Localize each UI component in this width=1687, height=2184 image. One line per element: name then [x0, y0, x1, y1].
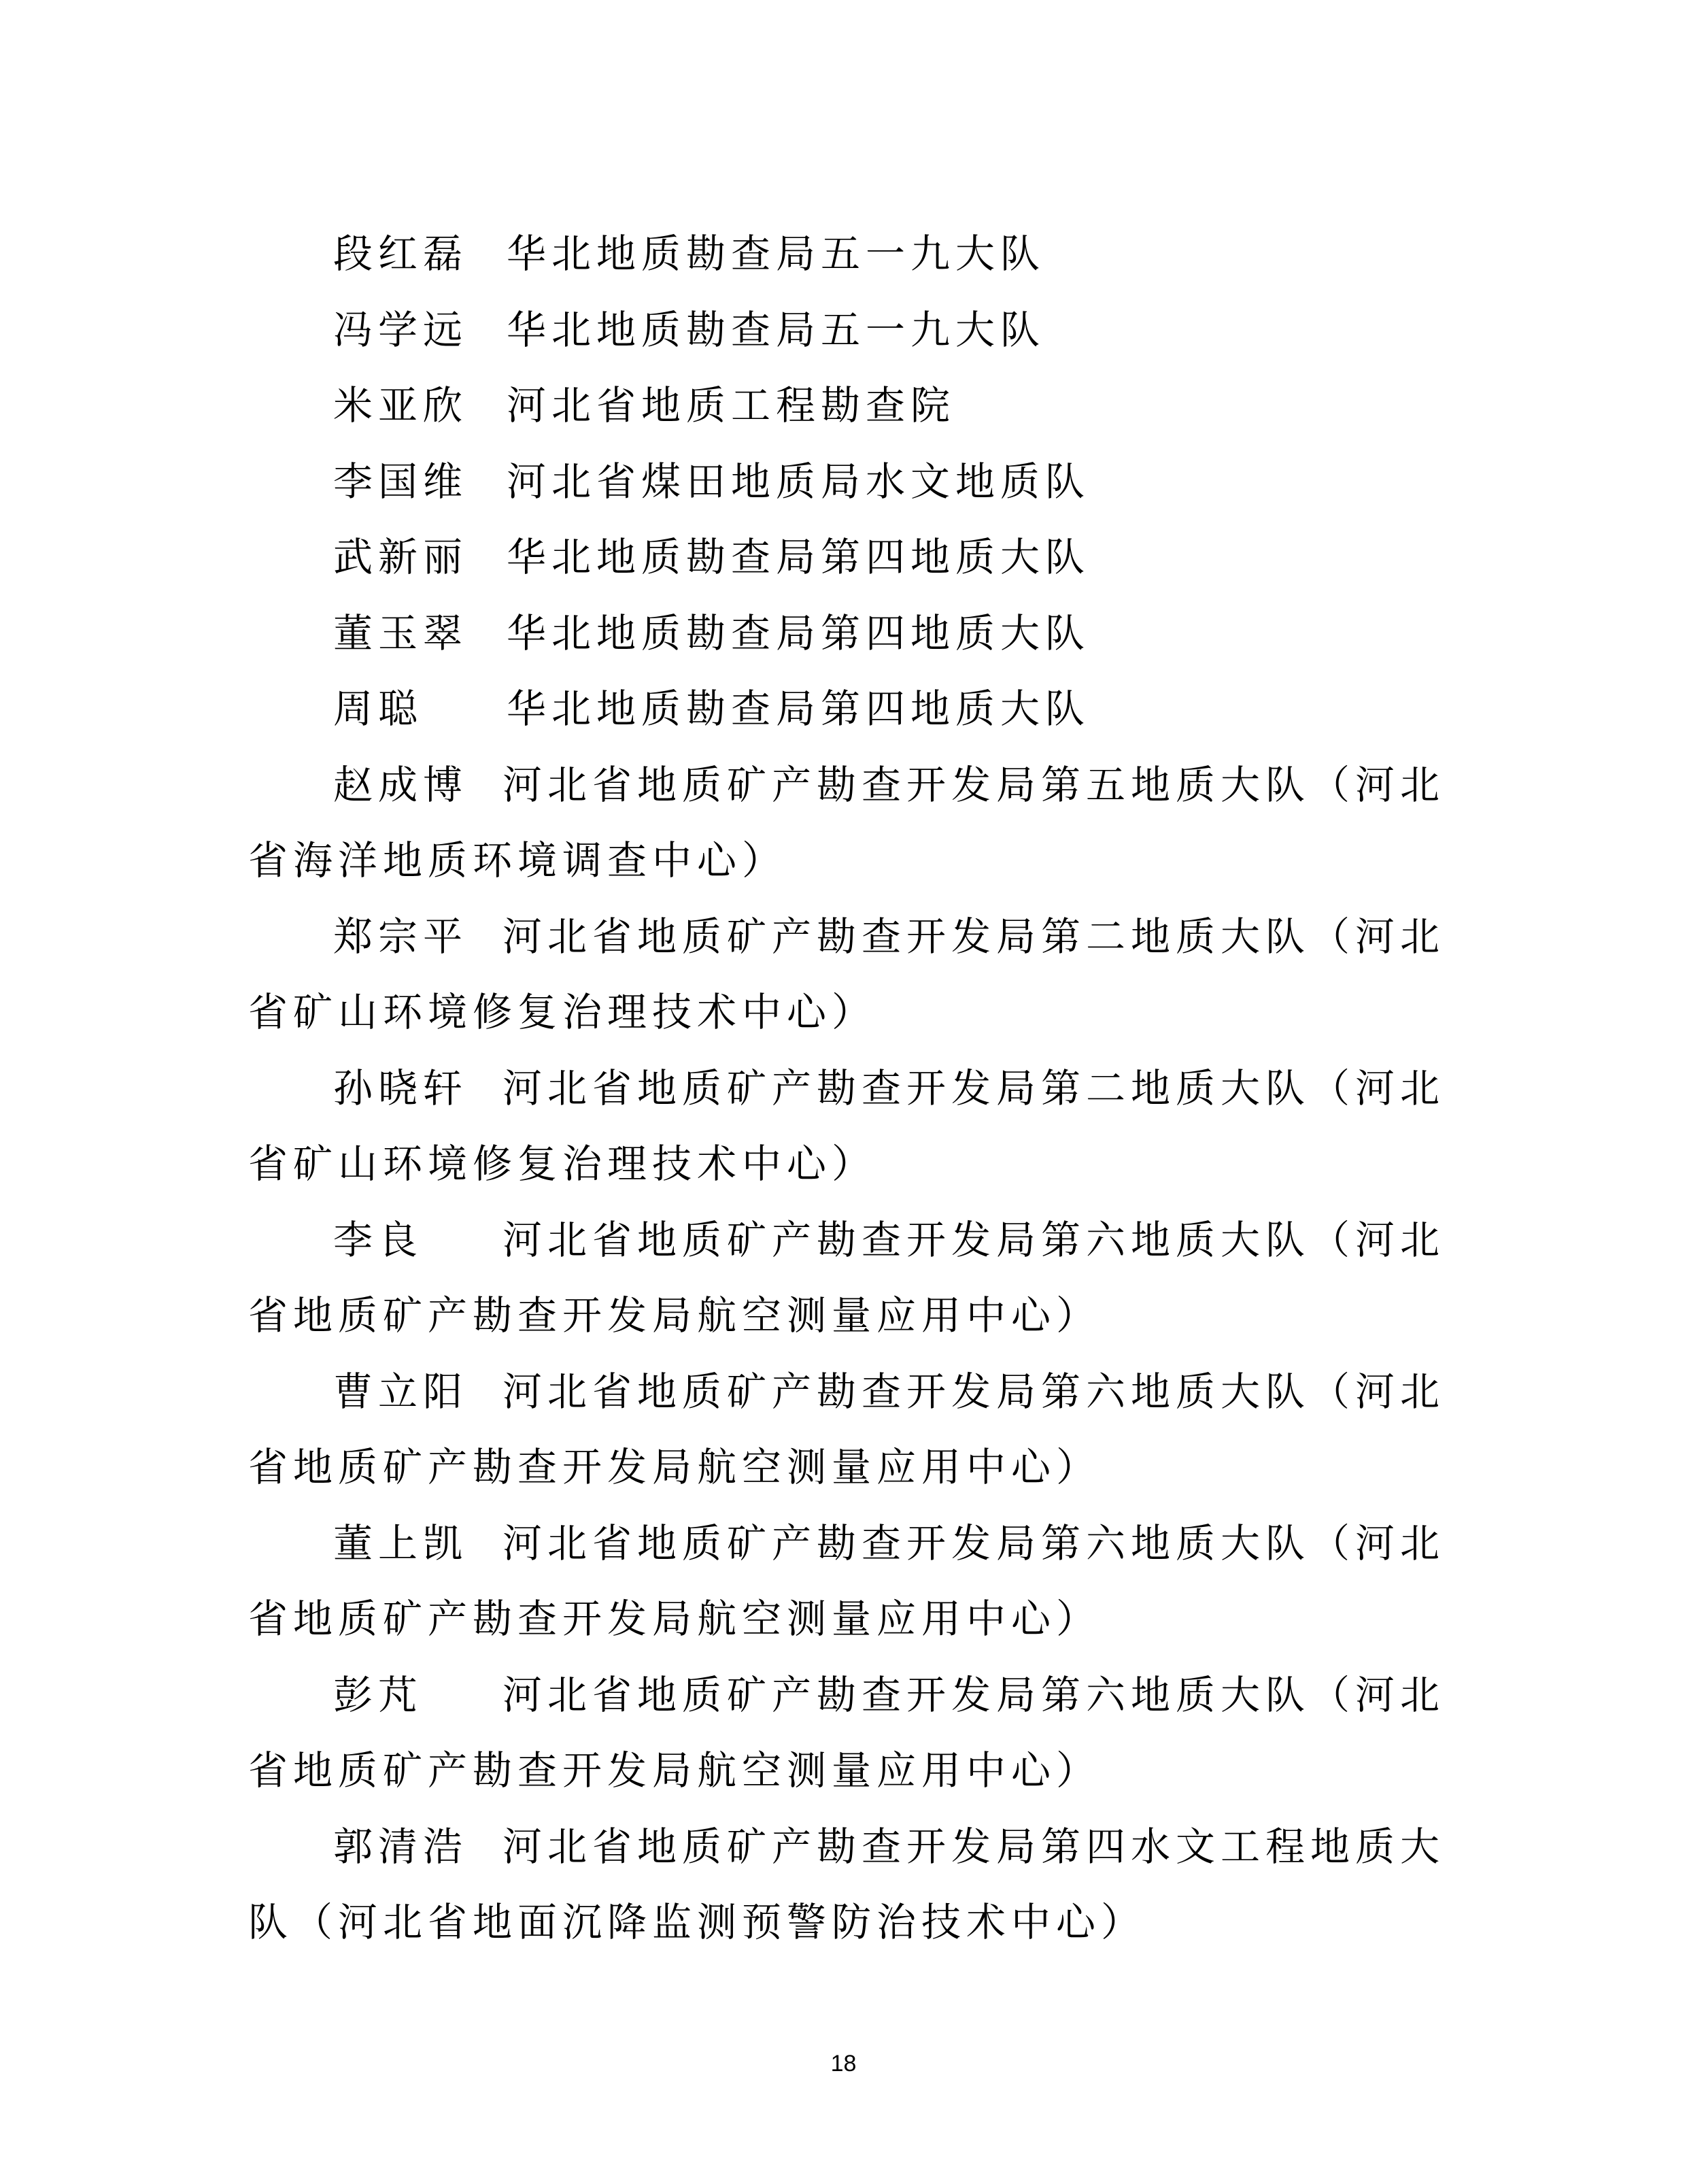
- organization: 河北省地质矿产勘查开发局第六地质大队（河北: [502, 1203, 1445, 1279]
- organization-continuation: 省地质矿产勘查开发局航空测量应用中心）: [248, 1733, 1445, 1809]
- person-name: 冯学远: [333, 292, 507, 369]
- organization: 华北地质勘查局第四地质大队: [507, 671, 1090, 747]
- list-entry: 李国维 河北省煤田地质局水文地质队: [248, 444, 1445, 520]
- list-entry: 曹立阳 河北省地质矿产勘查开发局第六地质大队（河北: [248, 1354, 1445, 1430]
- organization: 华北地质勘查局第四地质大队: [507, 596, 1090, 672]
- list-entry: 段红磊 华北地质勘查局五一九大队: [248, 216, 1445, 292]
- person-name: 董上凯: [333, 1506, 502, 1582]
- person-name: 武新丽: [333, 520, 507, 596]
- list-entry: 彭芃 河北省地质矿产勘查开发局第六地质大队（河北: [248, 1658, 1445, 1734]
- organization: 河北省地质矿产勘查开发局第六地质大队（河北: [502, 1506, 1445, 1582]
- list-entry: 武新丽 华北地质勘查局第四地质大队: [248, 520, 1445, 596]
- list-entry: 郑宗平 河北省地质矿产勘查开发局第二地质大队（河北: [248, 899, 1445, 975]
- person-name: 段红磊: [333, 216, 507, 292]
- person-name: 郭清浩: [333, 1809, 502, 1885]
- list-entry: 董上凯 河北省地质矿产勘查开发局第六地质大队（河北: [248, 1506, 1445, 1582]
- organization-continuation: 省海洋地质环境调查中心）: [248, 823, 1445, 899]
- organization: 河北省地质工程勘查院: [507, 368, 955, 444]
- person-name: 曹立阳: [333, 1354, 502, 1430]
- person-name: 郑宗平: [333, 899, 502, 975]
- person-name: 李国维: [333, 444, 507, 520]
- organization: 河北省地质矿产勘查开发局第二地质大队（河北: [502, 899, 1445, 975]
- name-list: 段红磊 华北地质勘查局五一九大队 冯学远 华北地质勘查局五一九大队 米亚欣 河北…: [248, 216, 1445, 1961]
- person-name: 彭芃: [333, 1658, 502, 1734]
- organization-continuation: 省地质矿产勘查开发局航空测量应用中心）: [248, 1581, 1445, 1658]
- organization-continuation: 队（河北省地面沉降监测预警防治技术中心）: [248, 1885, 1445, 1961]
- organization: 华北地质勘查局第四地质大队: [507, 520, 1090, 596]
- organization: 华北地质勘查局五一九大队: [507, 292, 1045, 369]
- organization-continuation: 省矿山环境修复治理技术中心）: [248, 1126, 1445, 1203]
- person-name: 董玉翠: [333, 596, 507, 672]
- person-name: 周聪: [333, 671, 507, 747]
- organization: 河北省地质矿产勘查开发局第六地质大队（河北: [502, 1354, 1445, 1430]
- organization-continuation: 省矿山环境修复治理技术中心）: [248, 975, 1445, 1051]
- organization: 河北省地质矿产勘查开发局第二地质大队（河北: [502, 1051, 1445, 1127]
- organization-continuation: 省地质矿产勘查开发局航空测量应用中心）: [248, 1278, 1445, 1354]
- organization: 华北地质勘查局五一九大队: [507, 216, 1045, 292]
- person-name: 米亚欣: [333, 368, 507, 444]
- list-entry: 郭清浩 河北省地质矿产勘查开发局第四水文工程地质大: [248, 1809, 1445, 1885]
- organization-continuation: 省地质矿产勘查开发局航空测量应用中心）: [248, 1430, 1445, 1506]
- organization: 河北省地质矿产勘查开发局第五地质大队（河北: [502, 747, 1445, 824]
- list-entry: 米亚欣 河北省地质工程勘查院: [248, 368, 1445, 444]
- person-name: 李良: [333, 1203, 502, 1279]
- person-name: 孙晓轩: [333, 1051, 502, 1127]
- list-entry: 董玉翠 华北地质勘查局第四地质大队: [248, 596, 1445, 672]
- organization: 河北省地质矿产勘查开发局第四水文工程地质大: [502, 1809, 1445, 1885]
- list-entry: 孙晓轩 河北省地质矿产勘查开发局第二地质大队（河北: [248, 1051, 1445, 1127]
- person-name: 赵成博: [333, 747, 502, 824]
- list-entry: 冯学远 华北地质勘查局五一九大队: [248, 292, 1445, 369]
- organization: 河北省煤田地质局水文地质队: [507, 444, 1090, 520]
- list-entry: 赵成博 河北省地质矿产勘查开发局第五地质大队（河北: [248, 747, 1445, 824]
- organization: 河北省地质矿产勘查开发局第六地质大队（河北: [502, 1658, 1445, 1734]
- list-entry: 李良 河北省地质矿产勘查开发局第六地质大队（河北: [248, 1203, 1445, 1279]
- list-entry: 周聪 华北地质勘查局第四地质大队: [248, 671, 1445, 747]
- page-number: 18: [0, 2051, 1687, 2077]
